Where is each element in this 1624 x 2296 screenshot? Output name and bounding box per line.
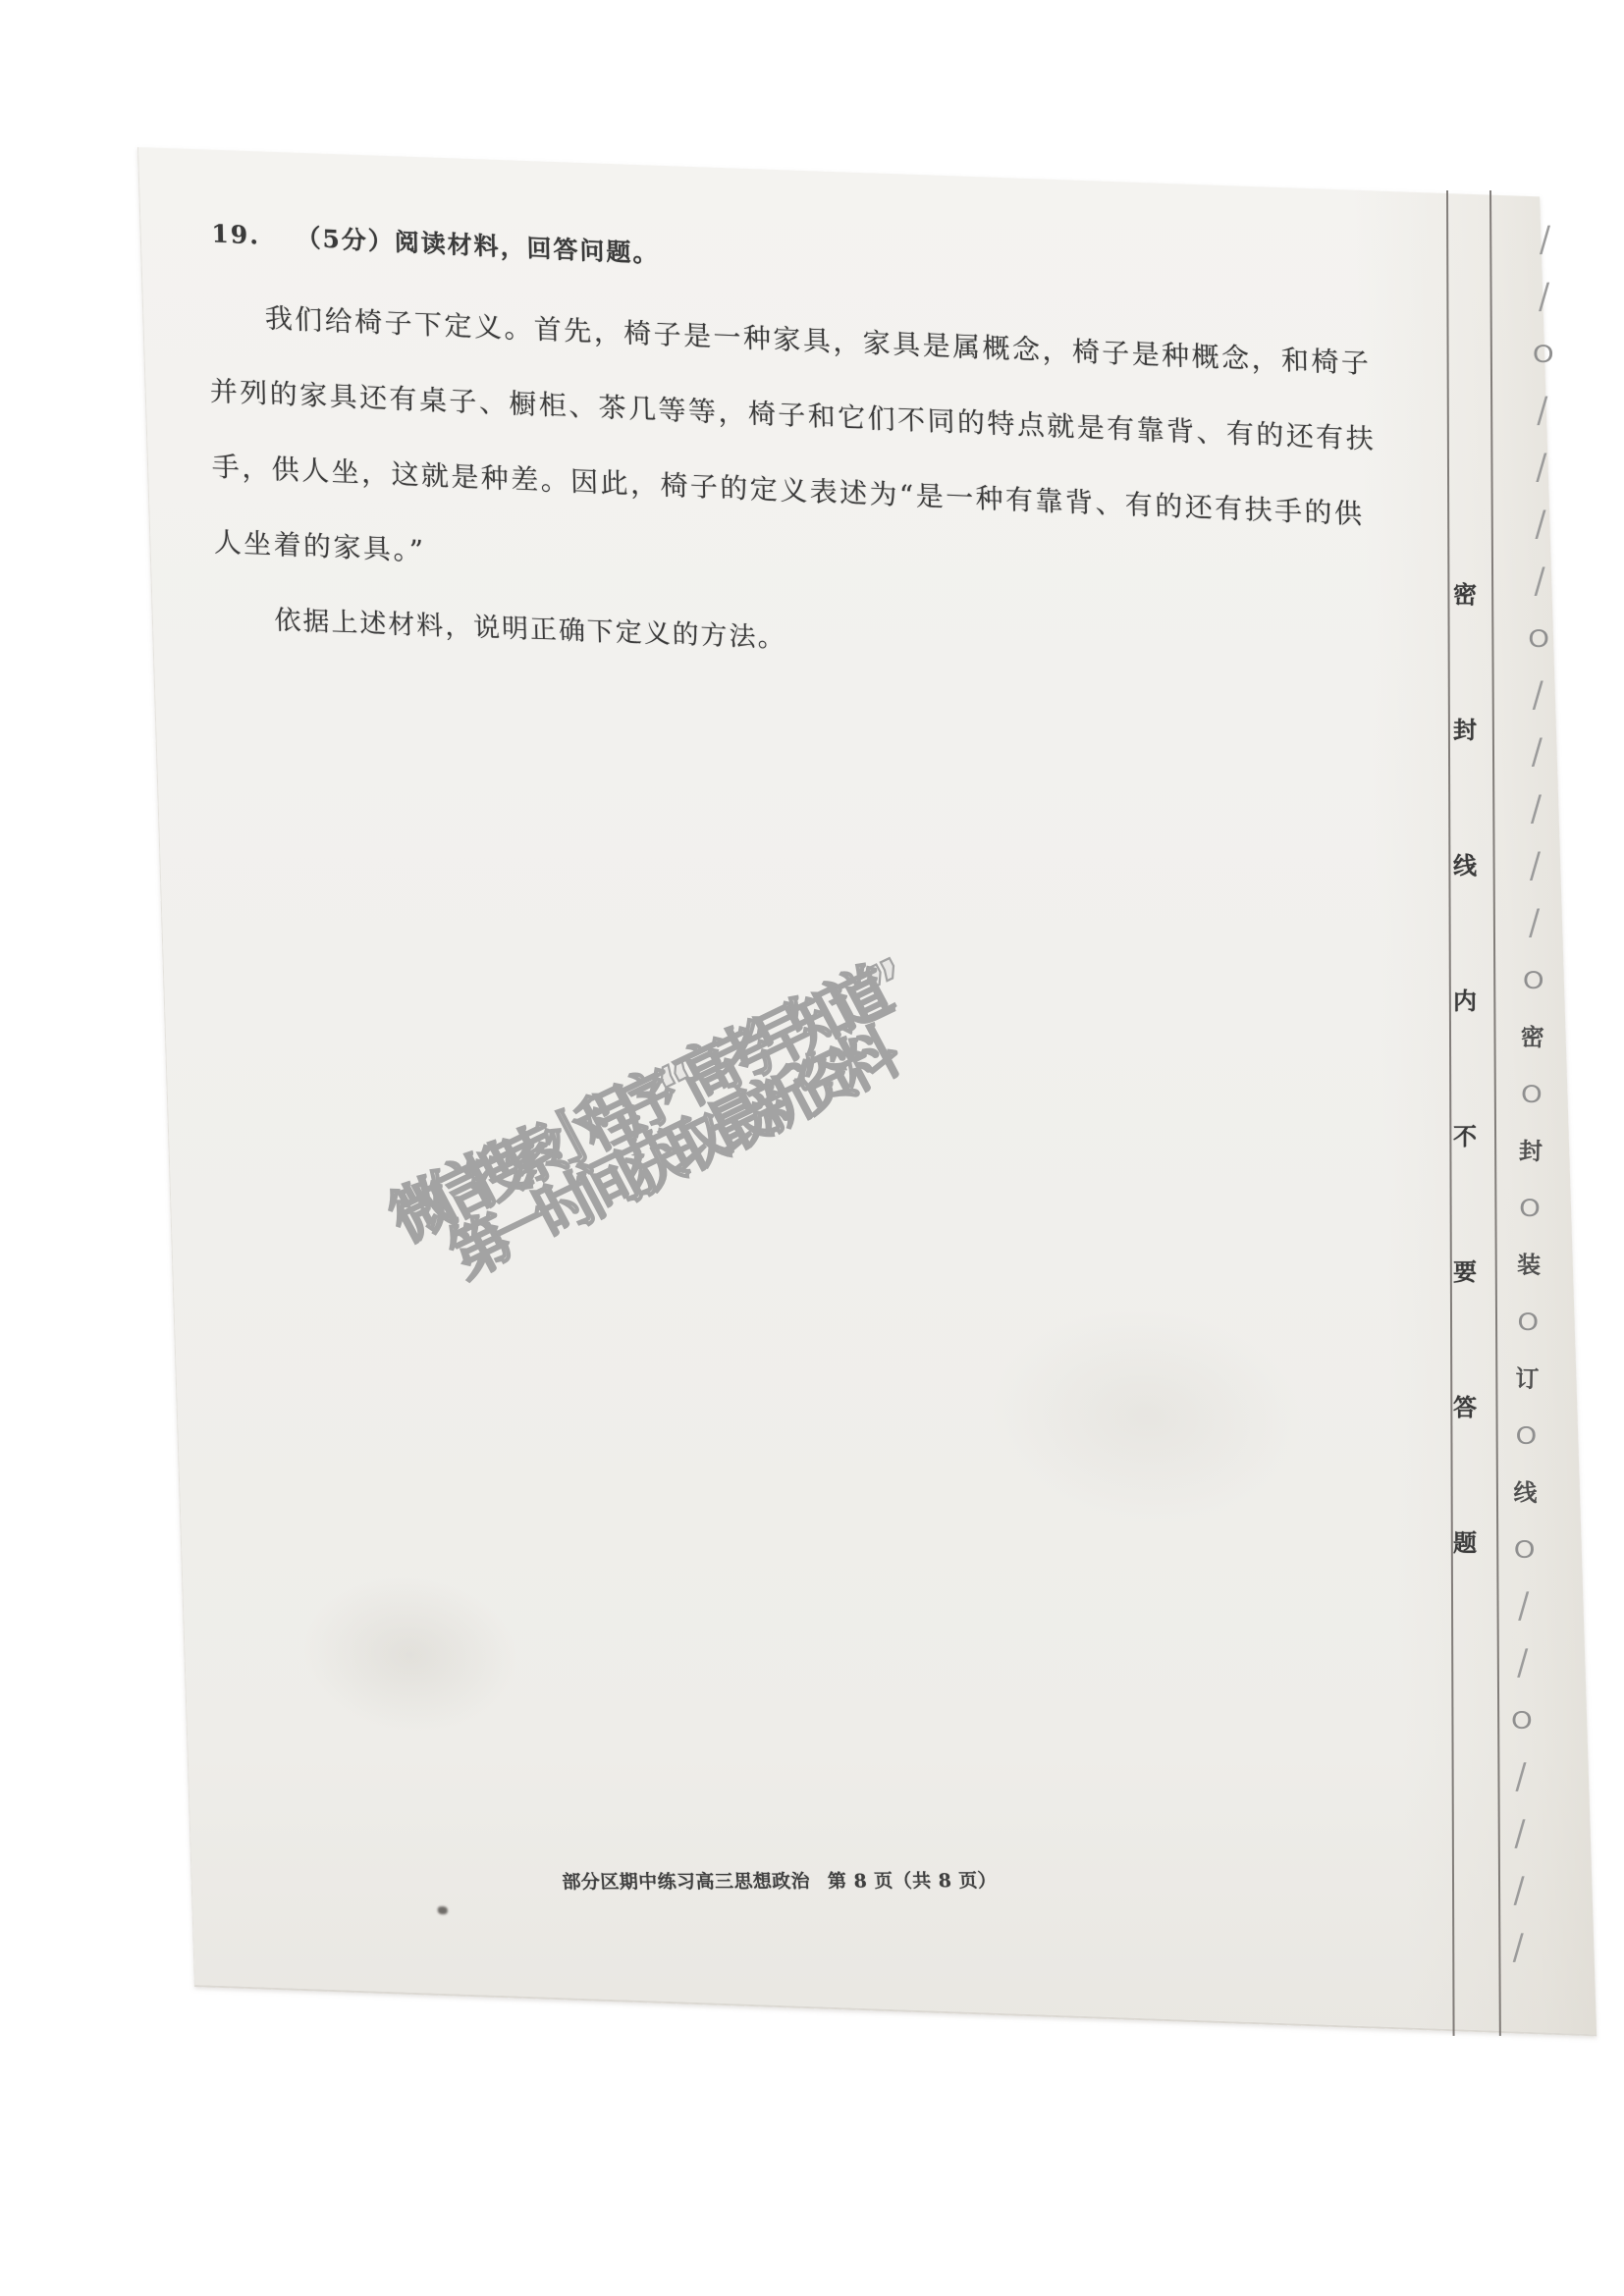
seal-char: 内 bbox=[1449, 982, 1481, 1016]
seal-char: 答 bbox=[1449, 1388, 1481, 1422]
binding-mark: 装 bbox=[1507, 1237, 1551, 1295]
binding-mark: 订 bbox=[1505, 1351, 1549, 1409]
binding-mark: O bbox=[1508, 952, 1559, 1010]
seal-margin: 密 封 线 内 不 要 答 题 / / O / / / / O / / / / … bbox=[1434, 183, 1624, 2057]
binding-mark: O bbox=[1502, 1293, 1553, 1351]
scan-background: { "document": { "question": { "number": … bbox=[0, 0, 1624, 2296]
binding-mark: 封 bbox=[1509, 1123, 1553, 1181]
binding-mark: / bbox=[1521, 263, 1567, 332]
binding-mark: / bbox=[1499, 1629, 1545, 1698]
stain-mark bbox=[987, 1303, 1307, 1529]
seal-char: 题 bbox=[1449, 1523, 1481, 1558]
binding-mark: O bbox=[1496, 1691, 1547, 1749]
binding-mark: O bbox=[1501, 1407, 1552, 1465]
binding-mark: 密 bbox=[1510, 1009, 1554, 1067]
seal-char: 要 bbox=[1449, 1253, 1481, 1287]
seal-char: 封 bbox=[1449, 711, 1481, 745]
binding-mark: / bbox=[1495, 1914, 1542, 1983]
binding-mark: O bbox=[1513, 611, 1564, 668]
binding-mark: O bbox=[1506, 1065, 1557, 1123]
binding-mark: / bbox=[1516, 548, 1562, 616]
question-intro: （5分）阅读材料，回答问题。 bbox=[296, 223, 659, 268]
footer-exam-title: 部分区期中练习高三思想政治 bbox=[562, 1871, 811, 1894]
scanned-page: 19. （5分）阅读材料，回答问题。 我们给椅子下定义。首先，椅子是一种家具，家… bbox=[137, 147, 1597, 2036]
question-block: 19. （5分）阅读材料，回答问题。 bbox=[211, 214, 660, 270]
page-footer: 部分区期中练习高三思想政治第 8 页（共 8 页） bbox=[562, 1866, 999, 1894]
binding-mark: 线 bbox=[1503, 1464, 1547, 1522]
seal-char: 密 bbox=[1449, 575, 1481, 610]
seal-char: 线 bbox=[1449, 846, 1481, 881]
question-number: 19. bbox=[211, 219, 260, 249]
stain-mark bbox=[438, 1906, 448, 1914]
binding-mark: / bbox=[1511, 889, 1557, 958]
binding-marks-column: / / O / / / / O / / / / / O 密 O 封 O 装 O … bbox=[1496, 212, 1567, 1977]
binding-mark: O bbox=[1518, 326, 1569, 384]
seal-line-inner bbox=[1446, 190, 1455, 2036]
seal-char: 不 bbox=[1449, 1117, 1481, 1151]
footer-page-number: 第 8 页（共 8 页） bbox=[827, 1870, 998, 1893]
stain-mark bbox=[300, 1573, 521, 1736]
material-paragraph: 我们给椅子下定义。首先，椅子是一种家具，家具是属概念，椅子是种概念，和椅子 并列… bbox=[207, 294, 1352, 643]
binding-mark: O bbox=[1504, 1179, 1555, 1237]
binding-mark: O bbox=[1499, 1521, 1550, 1578]
